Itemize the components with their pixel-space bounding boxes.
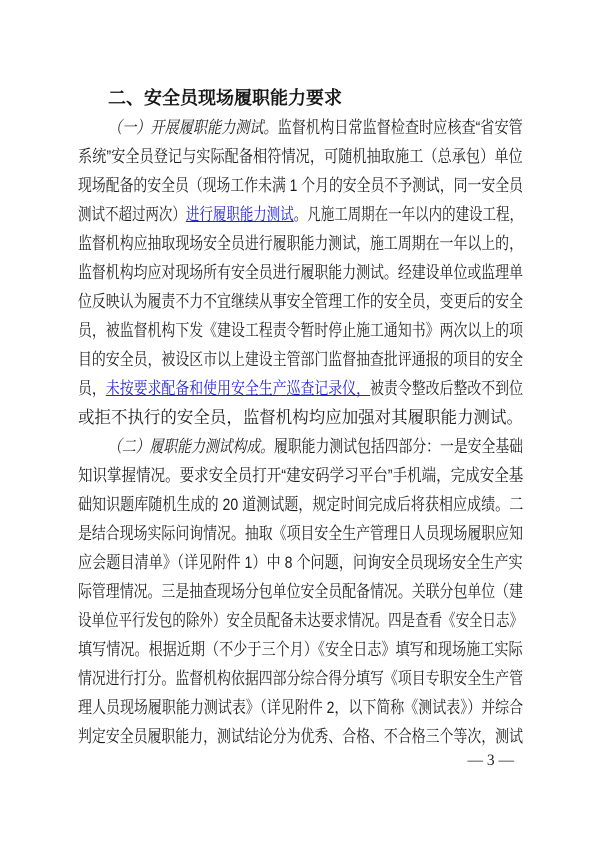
text-line: 监督机构应抽取现场安全员进行履职能力测试，施工周期在一年以上的， — [78, 229, 523, 258]
text-run: 础知识题库随机生成的 20 道测试题，规定时间完成后将获相应成绩。二 — [78, 495, 523, 514]
text-line: 应会题目清单》（详见附件 1）中 8 个问题，问询安全员现场安全生产实 — [78, 548, 523, 577]
page-number: — 3 — — [468, 750, 515, 772]
text-run: 际管理情况。三是抽查现场分包单位安全员配备情况。关联分包单位（建 — [78, 582, 523, 601]
line-content: 监督机构应抽取现场安全员进行履职能力测试，施工周期在一年以上的， — [78, 229, 523, 258]
kaiti-run: （一）开展履职能力测试。 — [108, 118, 278, 137]
line-content: 员，被监督机构下发《建设工程责令暂时停止施工通知书》两次以上的项 — [78, 316, 523, 345]
text-run: 应会题目清单》（详见附件 1）中 8 个问题，问询安全员现场安全生产实 — [78, 553, 523, 572]
line-content: 系统”安全员登记与实际配备相符情况，可随机抽取施工（总承包）单位 — [78, 142, 523, 171]
line-content: 现场配备的安全员（现场工作未满 1 个月的安全员不予测试，同一安全员 — [78, 171, 523, 200]
line-content: 际管理情况。三是抽查现场分包单位安全员配备情况。关联分包单位（建 — [78, 577, 523, 606]
line-content: 知识掌握情况。要求安全员打开“建安码学习平台”手机端，完成安全基 — [78, 461, 523, 490]
text-line: 员，未按要求配备和使用安全生产巡查记录仪，被责令整改后整改不到位 — [78, 374, 523, 403]
text-line: 员，被监督机构下发《建设工程责令暂时停止施工通知书》两次以上的项 — [78, 316, 523, 345]
text-line: 系统”安全员登记与实际配备相符情况，可随机抽取施工（总承包）单位 — [78, 142, 523, 171]
text-run: 系统”安全员登记与实际配备相符情况，可随机抽取施工（总承包）单位 — [78, 147, 523, 166]
text-run: 或拒不执行的安全员，监督机构均应加强对其履职能力测试。 — [78, 408, 523, 427]
text-line: 测试不超过两次）进行履职能力测试。凡施工周期在一年以内的建设工程， — [78, 200, 523, 229]
text-run: 履职能力测试包括四部分：一是安全基础 — [274, 437, 523, 456]
text-line: 现场配备的安全员（现场工作未满 1 个月的安全员不予测试，同一安全员 — [78, 171, 523, 200]
line-content: 情况进行打分。监督机构依据四部分综合得分填写《项目专职安全生产管 — [78, 664, 523, 693]
text-line: 监督机构均应对现场所有安全员进行履职能力测试。经建设单位或监理单 — [78, 258, 523, 287]
text-run: 填写情况。根据近期（不少于三个月）《安全日志》填写和现场施工实际 — [78, 640, 523, 659]
line-content: 监督机构均应对现场所有安全员进行履职能力测试。经建设单位或监理单 — [78, 258, 523, 287]
text-run: 位反映认为履责不力不宜继续从事安全管理工作的安全员，变更后的安全 — [78, 292, 523, 311]
text-run: 知识掌握情况。要求安全员打开“建安码学习平台”手机端，完成安全基 — [78, 466, 523, 485]
line-content: 员，未按要求配备和使用安全生产巡查记录仪，被责令整改后整改不到位 — [78, 374, 523, 403]
document-page: 二、安全员现场履职能力要求 （一）开展履职能力测试。监督机构日常监督检查时应核查… — [0, 0, 600, 848]
text-line: （二）履职能力测试构成。履职能力测试包括四部分：一是安全基础 — [78, 432, 523, 461]
line-content: 判定安全员履职能力，测试结论分为优秀、合格、不合格三个等次，测试 — [78, 722, 523, 751]
text-line: 础知识题库随机生成的 20 道测试题，规定时间完成后将获相应成绩。二 — [78, 490, 523, 519]
text-run: 是结合现场实际问询情况。抽取《项目安全生产管理日人员现场履职应知 — [78, 524, 523, 543]
line-content: 应会题目清单》（详见附件 1）中 8 个问题，问询安全员现场安全生产实 — [78, 548, 523, 577]
text-run: 。凡施工周期在一年以内的建设工程， — [294, 205, 523, 224]
text-run: 被责令整改后整改不到位 — [370, 379, 523, 398]
section-heading: 二、安全员现场履职能力要求 — [78, 84, 523, 113]
text-run: 现场配备的安全员（现场工作未满 1 个月的安全员不予测试，同一安全员 — [78, 176, 523, 195]
line-content: （一）开展履职能力测试。监督机构日常监督检查时应核查“省安管 — [108, 113, 523, 142]
text-line: 知识掌握情况。要求安全员打开“建安码学习平台”手机端，完成安全基 — [78, 461, 523, 490]
paragraph-lines: （一）开展履职能力测试。监督机构日常监督检查时应核查“省安管系统”安全员登记与实… — [78, 113, 523, 751]
line-content: （二）履职能力测试构成。履职能力测试包括四部分：一是安全基础 — [108, 432, 523, 461]
text-run: 设单位平行发包的除外）安全员配备未达要求情况。四是查看《安全日志》 — [78, 611, 523, 630]
text-line: 理人员现场履职能力测试表》（详见附件 2，以下简称《测试表》）并综合 — [78, 693, 523, 722]
text-run: 目的安全员，被设区市以上建设主管部门监督抽查批评通报的项目的安全 — [78, 350, 523, 369]
text-line: 目的安全员，被设区市以上建设主管部门监督抽查批评通报的项目的安全 — [78, 345, 523, 374]
line-content: 设单位平行发包的除外）安全员配备未达要求情况。四是查看《安全日志》 — [78, 606, 523, 635]
text-line: 是结合现场实际问询情况。抽取《项目安全生产管理日人员现场履职应知 — [78, 519, 523, 548]
line-content: 理人员现场履职能力测试表》（详见附件 2，以下简称《测试表》）并综合 — [78, 693, 523, 722]
text-run: 监督机构均应对现场所有安全员进行履职能力测试。经建设单位或监理单 — [78, 263, 523, 282]
inline-link[interactable]: 进行履职能力测试 — [186, 205, 294, 224]
inline-link[interactable]: 未按要求配备和使用安全生产巡查记录仪， — [106, 379, 370, 398]
text-run: 监督机构日常监督检查时应核查“省安管 — [278, 118, 523, 137]
text-run: 理人员现场履职能力测试表》（详见附件 2，以下简称《测试表》）并综合 — [78, 698, 523, 717]
text-line: 填写情况。根据近期（不少于三个月）《安全日志》填写和现场施工实际 — [78, 635, 523, 664]
text-run: 测试不超过两次） — [78, 205, 186, 224]
text-line: 情况进行打分。监督机构依据四部分综合得分填写《项目专职安全生产管 — [78, 664, 523, 693]
line-content: 是结合现场实际问询情况。抽取《项目安全生产管理日人员现场履职应知 — [78, 519, 523, 548]
text-run: 员， — [78, 379, 106, 398]
text-run: 情况进行打分。监督机构依据四部分综合得分填写《项目专职安全生产管 — [78, 669, 523, 688]
text-run: 判定安全员履职能力，测试结论分为优秀、合格、不合格三个等次，测试 — [78, 727, 523, 746]
text-line: 位反映认为履责不力不宜继续从事安全管理工作的安全员，变更后的安全 — [78, 287, 523, 316]
line-content: 位反映认为履责不力不宜继续从事安全管理工作的安全员，变更后的安全 — [78, 287, 523, 316]
line-content: 目的安全员，被设区市以上建设主管部门监督抽查批评通报的项目的安全 — [78, 345, 523, 374]
text-line: 设单位平行发包的除外）安全员配备未达要求情况。四是查看《安全日志》 — [78, 606, 523, 635]
line-content: 填写情况。根据近期（不少于三个月）《安全日志》填写和现场施工实际 — [78, 635, 523, 664]
line-content: 或拒不执行的安全员，监督机构均应加强对其履职能力测试。 — [78, 403, 523, 432]
line-content: 测试不超过两次）进行履职能力测试。凡施工周期在一年以内的建设工程， — [78, 200, 523, 229]
text-run: 员，被监督机构下发《建设工程责令暂时停止施工通知书》两次以上的项 — [78, 321, 523, 340]
line-content: 础知识题库随机生成的 20 道测试题，规定时间完成后将获相应成绩。二 — [78, 490, 523, 519]
kaiti-run: （二）履职能力测试构成。 — [108, 437, 274, 456]
document-body: 二、安全员现场履职能力要求 （一）开展履职能力测试。监督机构日常监督检查时应核查… — [78, 84, 523, 751]
text-run: 监督机构应抽取现场安全员进行履职能力测试，施工周期在一年以上的， — [78, 234, 523, 253]
text-line: 际管理情况。三是抽查现场分包单位安全员配备情况。关联分包单位（建 — [78, 577, 523, 606]
text-line: 或拒不执行的安全员，监督机构均应加强对其履职能力测试。 — [78, 403, 523, 432]
text-line: 判定安全员履职能力，测试结论分为优秀、合格、不合格三个等次，测试 — [78, 722, 523, 751]
text-line: （一）开展履职能力测试。监督机构日常监督检查时应核查“省安管 — [78, 113, 523, 142]
